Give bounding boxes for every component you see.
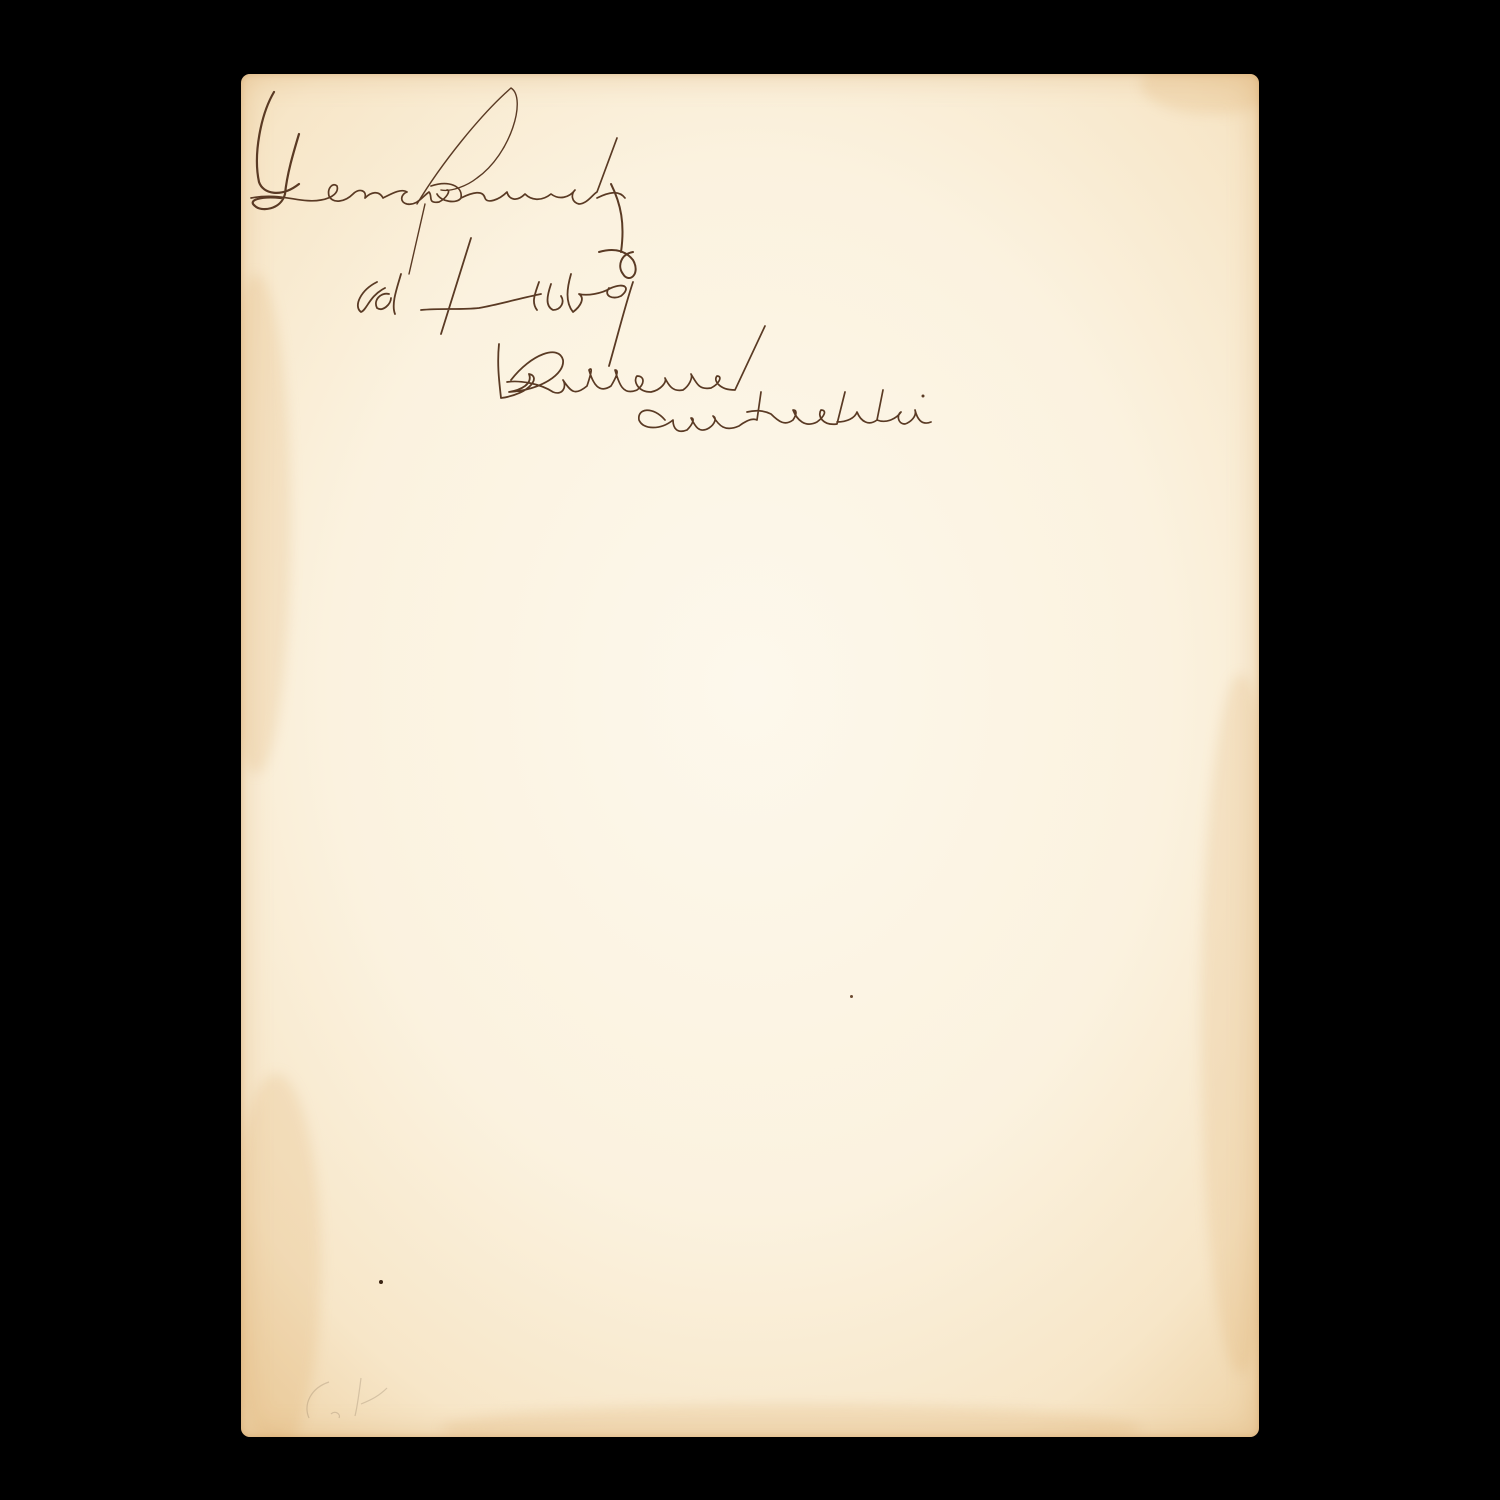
inscription-name: George Bennett [255, 164, 576, 210]
card-back: George Bennett Oct 1869 Ballaarat Austra… [241, 74, 1259, 1437]
inscription-country: Australia [639, 392, 823, 438]
photo-backdrop: George Bennett Oct 1869 Ballaarat Austra… [0, 0, 1500, 1500]
inscription-date: Oct 1869 [359, 270, 545, 316]
handwritten-inscription: George Bennett Oct 1869 Ballaarat Austra… [241, 74, 1259, 1437]
